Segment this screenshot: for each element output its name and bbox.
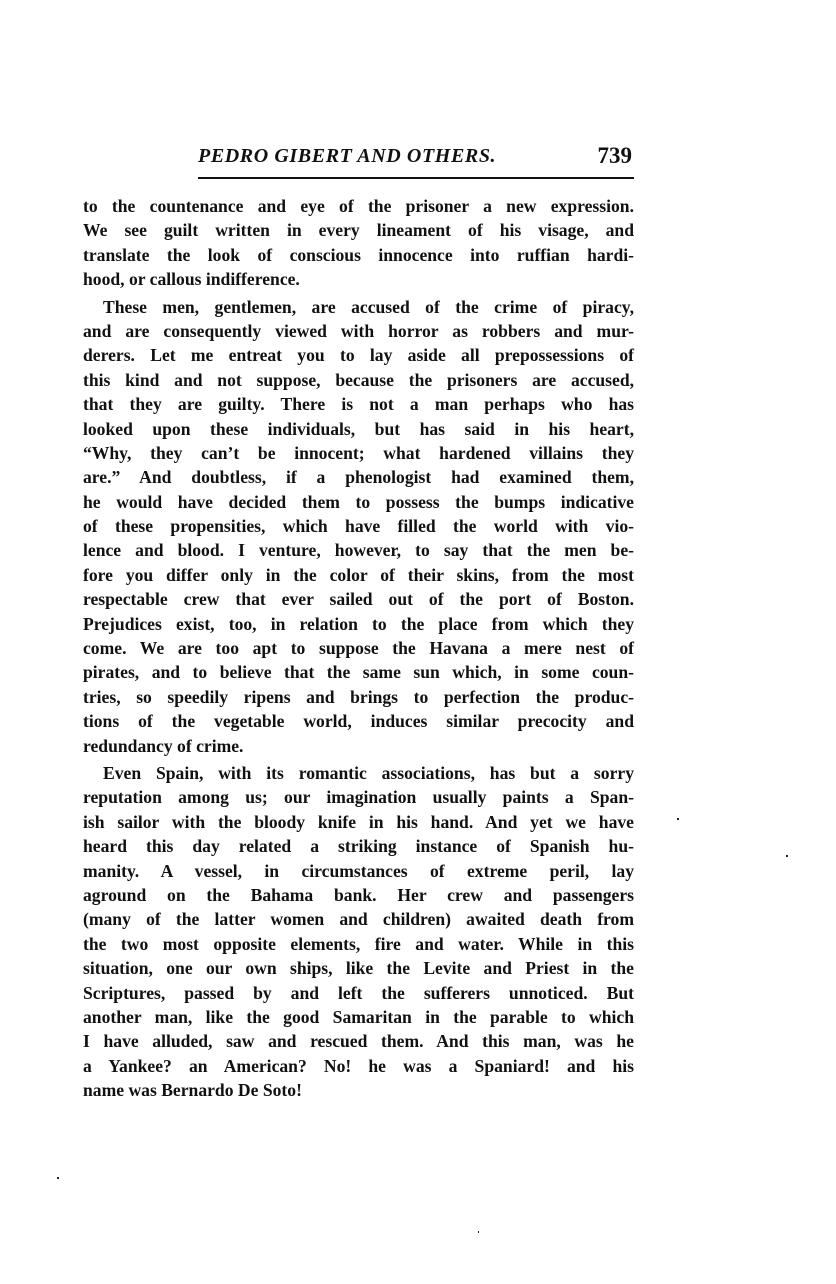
- text-line: (many of the latter women and children) …: [83, 907, 634, 931]
- text-line: “Why, they can’t be innocent; what harde…: [83, 441, 634, 465]
- body-text: to the countenance and eye of the prison…: [83, 194, 634, 1102]
- text-line: another man, like the good Samaritan in …: [83, 1005, 634, 1029]
- text-line: tions of the vegetable world, induces si…: [83, 709, 634, 733]
- text-line: this kind and not suppose, because the p…: [83, 368, 634, 392]
- text-line: the two most opposite elements, fire and…: [83, 932, 634, 956]
- text-line: redundancy of crime.: [83, 734, 634, 758]
- text-line: and are consequently viewed with horror …: [83, 319, 634, 343]
- text-line: derers. Let me entreat you to lay aside …: [83, 343, 634, 367]
- text-line: situation, one our own ships, like the L…: [83, 956, 634, 980]
- text-line: fore you differ only in the color of the…: [83, 563, 634, 587]
- text-line: a Yankee? an American? No! he was a Span…: [83, 1054, 634, 1078]
- text-line: Scriptures, passed by and left the suffe…: [83, 981, 634, 1005]
- text-line: of these propensities, which have filled…: [83, 514, 634, 538]
- scan-speck: [677, 818, 679, 820]
- text-line: respectable crew that ever sailed out of…: [83, 587, 634, 611]
- text-line: We see guilt written in every lineament …: [83, 218, 634, 242]
- text-line: that they are guilty. There is not a man…: [83, 392, 634, 416]
- text-line: tries, so speedily ripens and brings to …: [83, 685, 634, 709]
- text-line: translate the look of conscious innocenc…: [83, 243, 634, 267]
- text-line: ish sailor with the bloody knife in his …: [83, 810, 634, 834]
- scan-speck: [478, 1231, 479, 1233]
- text-line: name was Bernardo De Soto!: [83, 1078, 634, 1102]
- text-line: Prejudices exist, too, in relation to th…: [83, 612, 634, 636]
- text-line: manity. A vessel, in circumstances of ex…: [83, 859, 634, 883]
- text-line: come. We are too apt to suppose the Hava…: [83, 636, 634, 660]
- text-line: to the countenance and eye of the prison…: [83, 194, 634, 218]
- running-title: PEDRO GIBERT AND OTHERS.: [198, 145, 496, 168]
- text-line: he would have decided them to possess th…: [83, 490, 634, 514]
- paragraph: Even Spain, with its romantic associatio…: [83, 761, 634, 1102]
- text-line: aground on the Bahama bank. Her crew and…: [83, 883, 634, 907]
- text-line: lence and blood. I venture, however, to …: [83, 538, 634, 562]
- scan-speck: [786, 855, 788, 857]
- text-line: Even Spain, with its romantic associatio…: [83, 761, 634, 785]
- text-line: I have alluded, saw and rescued them. An…: [83, 1029, 634, 1053]
- book-page: PEDRO GIBERT AND OTHERS. 739 to the coun…: [0, 0, 836, 1284]
- text-line: heard this day related a striking instan…: [83, 834, 634, 858]
- text-line: pirates, and to believe that the same su…: [83, 660, 634, 684]
- scan-speck: [57, 1177, 59, 1179]
- text-line: These men, gentlemen, are accused of the…: [83, 295, 634, 319]
- paragraph: These men, gentlemen, are accused of the…: [83, 295, 634, 758]
- text-line: reputation among us; our imagination usu…: [83, 785, 634, 809]
- text-line: looked upon these individuals, but has s…: [83, 417, 634, 441]
- header-rule: [198, 177, 634, 179]
- running-head: PEDRO GIBERT AND OTHERS. 739: [198, 143, 634, 173]
- page-number: 739: [598, 143, 633, 169]
- paragraph: to the countenance and eye of the prison…: [83, 194, 634, 292]
- text-line: are.” And doubtless, if a phenologist ha…: [83, 465, 634, 489]
- text-line: hood, or callous indifference.: [83, 267, 634, 291]
